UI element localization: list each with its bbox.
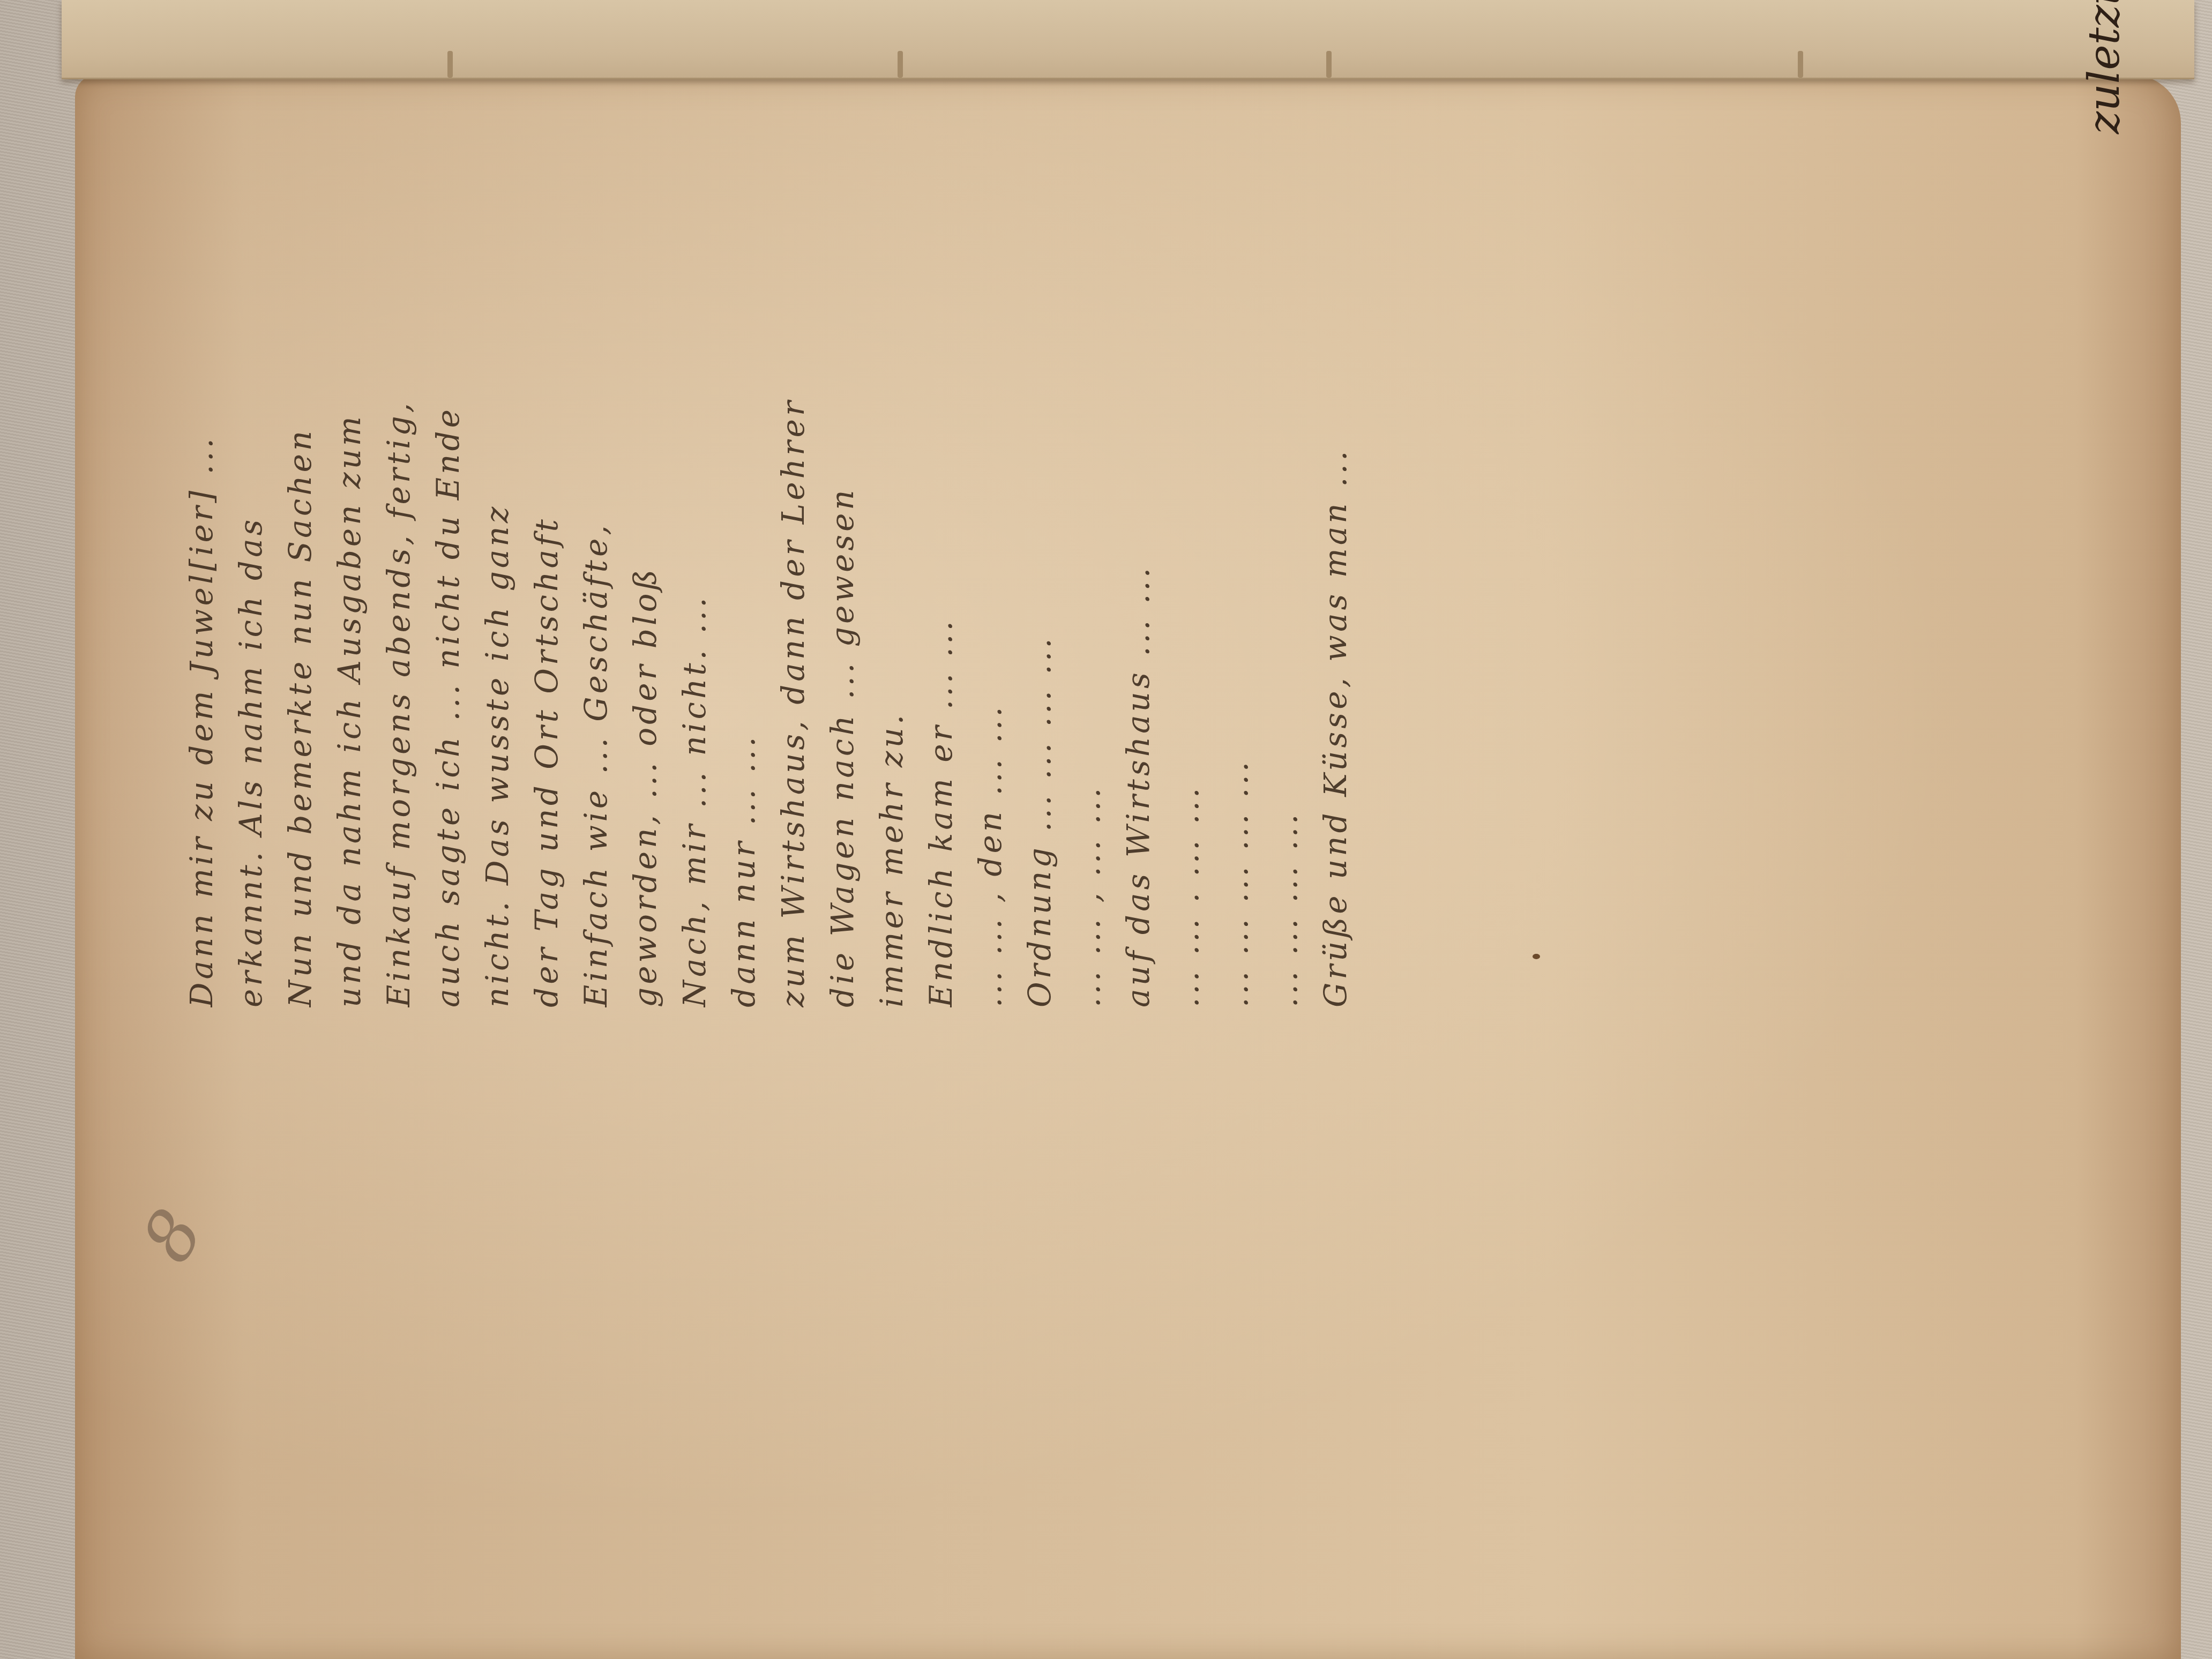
- text-line: immer mehr zu.: [867, 96, 916, 1007]
- text-line: Grüße und Küsse, was man ...: [1311, 96, 1360, 1007]
- text-line: zum Wirtshaus, dann der Lehrer: [768, 96, 818, 1007]
- handwritten-text-block: Dann mir zu dem Juwel[ier] ... erkannt. …: [177, 96, 2170, 1007]
- text-line: auf das Wirtshaus ... ...: [1114, 96, 1163, 1007]
- binding-stitch: [898, 51, 903, 78]
- text-line: geworden, ... oder bloß: [621, 96, 670, 1007]
- text-line: und da nahm ich Ausgaben zum: [325, 96, 374, 1007]
- text-line: der Tag und Ort Ortschaft: [522, 96, 571, 1007]
- text-line: Einfach wie ... Geschäfte,: [571, 96, 621, 1007]
- text-line: Ordnung ... ... ... ...: [1015, 96, 1064, 1007]
- text-line: ... ... , den ... ...: [966, 96, 1015, 1007]
- binding-stitch: [1798, 51, 1803, 78]
- binding-stitch: [1326, 51, 1332, 78]
- text-line: Endlich kam er ... ...: [916, 96, 966, 1007]
- closing-word: zuletzt: [2079, 0, 2129, 134]
- text-line: ... ... ... ... ...: [1212, 96, 1261, 1007]
- ink-spot: [1533, 954, 1540, 959]
- text-line: dann nur ... ...: [719, 96, 768, 1007]
- text-line: die Wagen nach ... gewesen: [818, 96, 867, 1007]
- binding-stitch: [447, 51, 453, 78]
- text-line: nicht. Das wusste ich ganz: [473, 96, 522, 1007]
- text-line: Nun und bemerkte nun Sachen: [275, 96, 325, 1007]
- text-line: erkannt. Als nahm ich das: [226, 96, 275, 1007]
- text-line: Einkauf morgens abends, fertig,: [374, 96, 423, 1007]
- text-line: Nach, mir ... nicht. ...: [670, 96, 719, 1007]
- binding-fold-strip: [62, 0, 2194, 79]
- text-line: auch sagte ich ... nicht du Ende: [423, 96, 473, 1007]
- text-line: ... ... ... ...: [1261, 96, 1311, 1007]
- text-line: ... ... . ... ...: [1163, 96, 1212, 1007]
- text-line: Dann mir zu dem Juwel[ier] ...: [177, 96, 226, 1007]
- text-line: ... ... , ... ...: [1064, 96, 1114, 1007]
